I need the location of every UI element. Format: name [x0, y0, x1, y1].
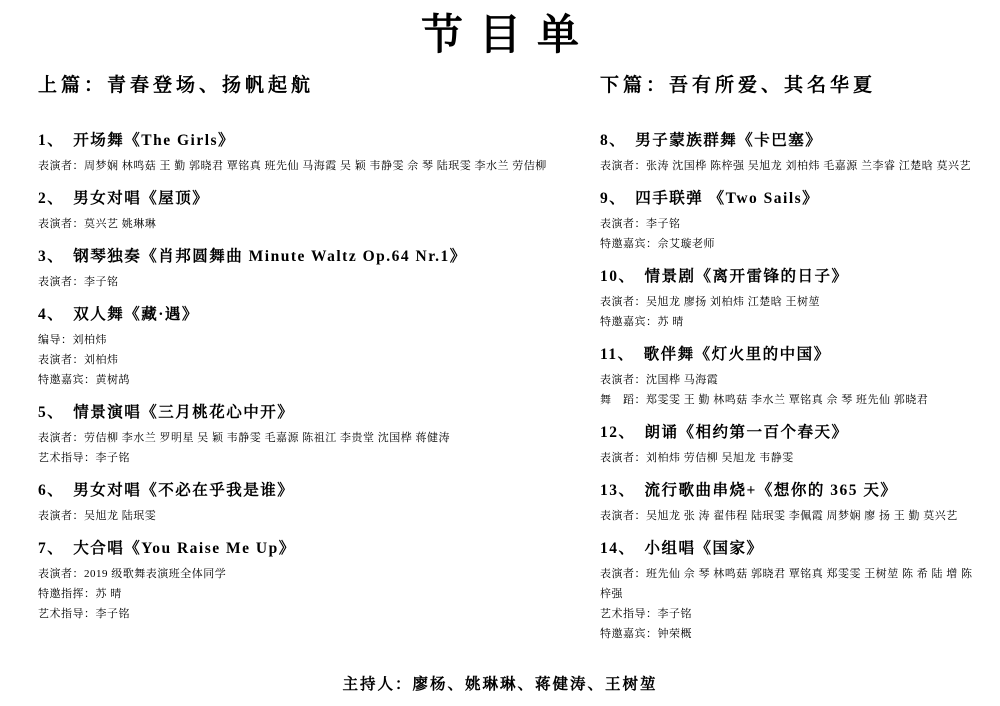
part-one-program-list: 1、开场舞《The Girls》表演者：周梦娴 林鸣菇 王 勤 郭晓君 覃铭真 …: [38, 130, 568, 624]
program-detail-line: 艺术指导：李子铭: [38, 604, 568, 624]
program-detail-line: 艺术指导：李子铭: [38, 448, 568, 468]
program-item: 5、情景演唱《三月桃花心中开》表演者：劳佶柳 李水兰 罗明星 吴 颖 韦静雯 毛…: [38, 402, 568, 468]
program-item-number: 12、: [600, 424, 636, 441]
program-item-number: 13、: [600, 482, 636, 499]
part-two-header: 下篇：吾有所爱、其名华夏: [600, 74, 980, 98]
program-item-name: 双人舞《藏·遇》: [73, 306, 199, 323]
program-detail-line: 表演者：张涛 沈国桦 陈梓强 吴旭龙 刘柏炜 毛嘉源 兰李睿 江楚晗 莫兴艺: [600, 156, 980, 176]
program-detail-line: 表演者：莫兴艺 姚琳琳: [38, 214, 568, 234]
program-item-title: 3、钢琴独奏《肖邦圆舞曲 Minute Waltz Op.64 Nr.1》: [38, 246, 568, 267]
program-item: 11、歌伴舞《灯火里的中国》表演者：沈国桦 马海霞舞 蹈：郑雯雯 王 勤 林鸣菇…: [600, 344, 980, 410]
program-item-name: 歌伴舞《灯火里的中国》: [644, 346, 831, 363]
program-item: 13、流行歌曲串烧+《想你的 365 天》表演者：吴旭龙 张 涛 翟伟程 陆珉雯…: [600, 480, 980, 526]
program-detail-line: 表演者：吴旭龙 廖扬 刘柏炜 江楚晗 王树堃: [600, 292, 980, 312]
program-item: 3、钢琴独奏《肖邦圆舞曲 Minute Waltz Op.64 Nr.1》表演者…: [38, 246, 568, 292]
program-detail-line: 表演者：班先仙 佘 琴 林鸣菇 郭晓君 覃铭真 郑雯雯 王树堃 陈 希 陆 增 …: [600, 564, 980, 604]
hosts-line: 主持人：廖杨、姚琳琳、蒋健涛、王树堃: [0, 672, 1000, 694]
two-column-layout: 上篇：青春登场、扬帆起航 1、开场舞《The Girls》表演者：周梦娴 林鸣菇…: [0, 74, 1000, 656]
program-item-name: 流行歌曲串烧+《想你的 365 天》: [645, 482, 898, 499]
program-item-name: 钢琴独奏《肖邦圆舞曲 Minute Waltz Op.64 Nr.1》: [73, 248, 467, 265]
program-item-title: 12、朗诵《相约第一百个春天》: [600, 422, 980, 443]
program-item: 10、情景剧《离开雷锋的日子》表演者：吴旭龙 廖扬 刘柏炜 江楚晗 王树堃特邀嘉…: [600, 266, 980, 332]
program-detail-line: 表演者：周梦娴 林鸣菇 王 勤 郭晓君 覃铭真 班先仙 马海霞 吴 颖 韦静雯 …: [38, 156, 568, 176]
part-one-header: 上篇：青春登场、扬帆起航: [38, 74, 568, 98]
program-item-name: 小组唱《国家》: [645, 540, 764, 557]
program-item: 2、男女对唱《屋顶》表演者：莫兴艺 姚琳琳: [38, 188, 568, 234]
program-item: 1、开场舞《The Girls》表演者：周梦娴 林鸣菇 王 勤 郭晓君 覃铭真 …: [38, 130, 568, 176]
page-title: 节目单: [0, 0, 1000, 60]
program-detail-line: 表演者：李子铭: [600, 214, 980, 234]
program-page: 节目单 上篇：青春登场、扬帆起航 1、开场舞《The Girls》表演者：周梦娴…: [0, 0, 1000, 706]
program-item: 7、大合唱《You Raise Me Up》表演者：2019 级歌舞表演班全体同…: [38, 538, 568, 624]
program-item-title: 14、小组唱《国家》: [600, 538, 980, 559]
program-item-title: 1、开场舞《The Girls》: [38, 130, 568, 151]
program-item-title: 11、歌伴舞《灯火里的中国》: [600, 344, 980, 365]
program-item-title: 2、男女对唱《屋顶》: [38, 188, 568, 209]
program-item: 6、男女对唱《不必在乎我是谁》表演者：吴旭龙 陆珉雯: [38, 480, 568, 526]
program-item-name: 开场舞《The Girls》: [73, 132, 235, 149]
program-item-title: 5、情景演唱《三月桃花心中开》: [38, 402, 568, 423]
program-item-number: 1、: [38, 132, 64, 149]
program-detail-line: 特邀指挥：苏 晴: [38, 584, 568, 604]
program-item-name: 情景剧《离开雷锋的日子》: [645, 268, 849, 285]
program-detail-line: 表演者：李子铭: [38, 272, 568, 292]
program-item-number: 9、: [600, 190, 626, 207]
section-part-one: 上篇：青春登场、扬帆起航 1、开场舞《The Girls》表演者：周梦娴 林鸣菇…: [38, 74, 600, 656]
part-two-program-list: 8、男子蒙族群舞《卡巴塞》表演者：张涛 沈国桦 陈梓强 吴旭龙 刘柏炜 毛嘉源 …: [600, 130, 980, 644]
program-item-name: 男女对唱《屋顶》: [73, 190, 209, 207]
program-detail-line: 特邀嘉宾：黄树鸪: [38, 370, 568, 390]
program-detail-line: 表演者：劳佶柳 李水兰 罗明星 吴 颖 韦静雯 毛嘉源 陈祖江 李贵堂 沈国桦 …: [38, 428, 568, 448]
program-item-number: 11、: [600, 346, 635, 363]
program-item-name: 情景演唱《三月桃花心中开》: [73, 404, 294, 421]
program-detail-line: 表演者：吴旭龙 陆珉雯: [38, 506, 568, 526]
program-item-title: 7、大合唱《You Raise Me Up》: [38, 538, 568, 559]
program-item: 9、四手联弹 《Two Sails》表演者：李子铭特邀嘉宾：佘艾璇老师: [600, 188, 980, 254]
program-item-title: 8、男子蒙族群舞《卡巴塞》: [600, 130, 980, 151]
program-detail-line: 表演者：沈国桦 马海霞: [600, 370, 980, 390]
program-item-title: 10、情景剧《离开雷锋的日子》: [600, 266, 980, 287]
program-detail-line: 艺术指导：李子铭: [600, 604, 980, 624]
program-detail-line: 表演者：2019 级歌舞表演班全体同学: [38, 564, 568, 584]
program-detail-line: 编导：刘柏炜: [38, 330, 568, 350]
program-item-number: 10、: [600, 268, 636, 285]
program-detail-line: 特邀嘉宾：佘艾璇老师: [600, 234, 980, 254]
program-item-name: 男女对唱《不必在乎我是谁》: [73, 482, 294, 499]
program-detail-line: 特邀嘉宾：苏 晴: [600, 312, 980, 332]
program-detail-line: 表演者：吴旭龙 张 涛 翟伟程 陆珉雯 李佩霞 周梦娴 廖 扬 王 勤 莫兴艺: [600, 506, 980, 526]
program-item-title: 4、双人舞《藏·遇》: [38, 304, 568, 325]
program-item-title: 9、四手联弹 《Two Sails》: [600, 188, 980, 209]
program-detail-line: 舞 蹈：郑雯雯 王 勤 林鸣菇 李水兰 覃铭真 佘 琴 班先仙 郭晓君: [600, 390, 980, 410]
program-item-title: 13、流行歌曲串烧+《想你的 365 天》: [600, 480, 980, 501]
program-item-name: 朗诵《相约第一百个春天》: [645, 424, 849, 441]
program-detail-line: 特邀嘉宾：钟荣概: [600, 624, 980, 644]
program-item-number: 8、: [600, 132, 626, 149]
program-item-name: 男子蒙族群舞《卡巴塞》: [635, 132, 822, 149]
program-item-number: 3、: [38, 248, 64, 265]
program-item-number: 14、: [600, 540, 636, 557]
program-item-number: 2、: [38, 190, 64, 207]
program-item: 8、男子蒙族群舞《卡巴塞》表演者：张涛 沈国桦 陈梓强 吴旭龙 刘柏炜 毛嘉源 …: [600, 130, 980, 176]
program-item-name: 四手联弹 《Two Sails》: [635, 190, 819, 207]
program-item-number: 4、: [38, 306, 64, 323]
program-detail-line: 表演者：刘柏炜: [38, 350, 568, 370]
program-item-name: 大合唱《You Raise Me Up》: [73, 540, 295, 557]
program-item-number: 6、: [38, 482, 64, 499]
program-item-number: 5、: [38, 404, 64, 421]
program-item-title: 6、男女对唱《不必在乎我是谁》: [38, 480, 568, 501]
program-detail-line: 表演者：刘柏炜 劳佶柳 吴旭龙 韦静雯: [600, 448, 980, 468]
program-item: 4、双人舞《藏·遇》编导：刘柏炜表演者：刘柏炜特邀嘉宾：黄树鸪: [38, 304, 568, 390]
program-item-number: 7、: [38, 540, 64, 557]
program-item: 12、朗诵《相约第一百个春天》表演者：刘柏炜 劳佶柳 吴旭龙 韦静雯: [600, 422, 980, 468]
section-part-two: 下篇：吾有所爱、其名华夏 8、男子蒙族群舞《卡巴塞》表演者：张涛 沈国桦 陈梓强…: [600, 74, 980, 656]
program-item: 14、小组唱《国家》表演者：班先仙 佘 琴 林鸣菇 郭晓君 覃铭真 郑雯雯 王树…: [600, 538, 980, 644]
